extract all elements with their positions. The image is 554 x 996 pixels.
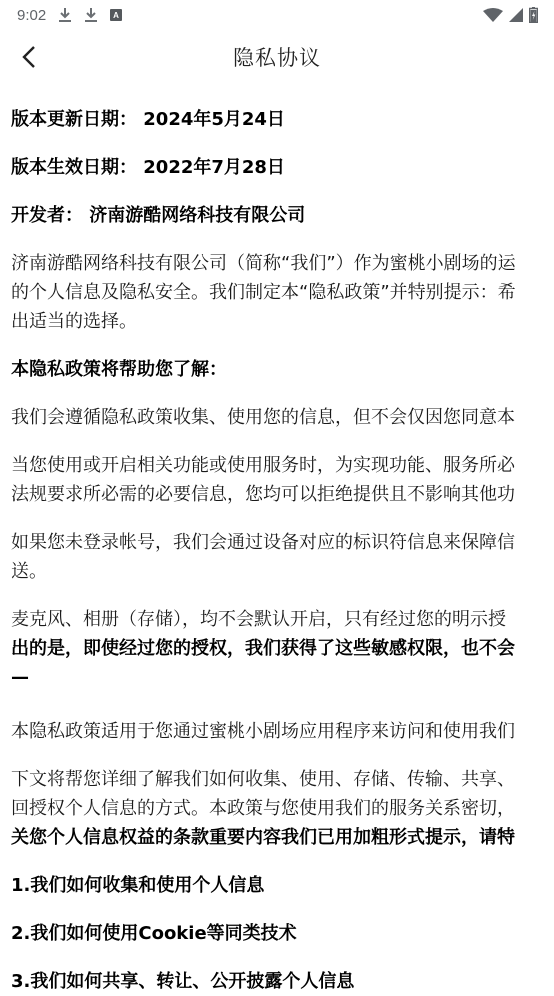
para-permissions: 麦克风、相册（存储），均不会默认开启，只有经过您的明示授 出的是，即使经过您的授…: [11, 605, 554, 692]
intro-line: 出适当的选择。: [11, 307, 554, 336]
para-login: 如果您未登录帐号，我们会通过设备对应的标识符信息来保障信 送。: [11, 528, 554, 586]
intro-line: 济南游酷网络科技有限公司（简称“我们”）作为蜜桃小剧场的运: [11, 249, 554, 278]
download-icon: [84, 7, 98, 23]
para-line: 回授权个人信息的方式。本政策与您使用我们的服务关系密切，: [11, 794, 554, 823]
svg-text:A: A: [113, 11, 119, 20]
back-button[interactable]: [14, 42, 44, 72]
para-line: 送。: [11, 557, 554, 586]
section-link-2: 2.我们如何使用Cookie等同类技术: [11, 919, 554, 948]
wifi-icon: [483, 8, 503, 22]
intro-paragraph: 济南游酷网络科技有限公司（简称“我们”）作为蜜桃小剧场的运 的个人信息及隐私安全…: [11, 249, 554, 336]
download-icon: [58, 7, 72, 23]
para-line: 下文将帮您详细了解我们如何收集、使用、存储、传输、共享、: [11, 765, 554, 794]
status-time: 9:02: [17, 7, 46, 24]
para-line-bold: 出的是，即使经过您的授权，我们获得了这些敏感权限，也不会: [11, 634, 554, 663]
para-line-bold: 关您个人信息权益的条款重要内容我们已用加粗形式提示，请特: [11, 823, 554, 852]
help-heading: 本隐私政策将帮助您了解：: [11, 355, 554, 384]
para-features: 当您使用或开启相关功能或使用服务时，为实现功能、服务所必 法规要求所必需的必要信…: [11, 451, 554, 509]
para-line: 如果您未登录帐号，我们会通过设备对应的标识符信息来保障信: [11, 528, 554, 557]
status-bar: 9:02 A: [0, 0, 554, 30]
para-line-bold: —: [11, 663, 554, 692]
para-follow: 我们会遵循隐私政策收集、使用您的信息，但不会仅因您同意本: [11, 403, 554, 432]
para-line: 当您使用或开启相关功能或使用服务时，为实现功能、服务所必: [11, 451, 554, 480]
update-date: 版本更新日期： 2024年5月24日: [11, 105, 554, 134]
section-link-1: 1.我们如何收集和使用个人信息: [11, 871, 554, 900]
para-line: 麦克风、相册（存储），均不会默认开启，只有经过您的明示授: [11, 605, 554, 634]
intro-line: 的个人信息及隐私安全。我们制定本“隐私政策”并特别提示：希: [11, 278, 554, 307]
effective-date: 版本生效日期： 2022年7月28日: [11, 153, 554, 182]
section-link-3: 3.我们如何共享、转让、公开披露个人信息: [11, 967, 554, 984]
para-line: 法规要求所必需的必要信息，您均可以拒绝提供且不影响其他功: [11, 480, 554, 509]
chevron-left-icon: [21, 45, 37, 69]
status-left: 9:02 A: [17, 7, 122, 24]
privacy-document[interactable]: 版本更新日期： 2024年5月24日 版本生效日期： 2022年7月28日 开发…: [11, 100, 554, 984]
app-bar: 隐私协议: [0, 30, 554, 84]
page-title: 隐私协议: [233, 42, 321, 72]
para-details: 下文将帮您详细了解我们如何收集、使用、存储、传输、共享、 回授权个人信息的方式。…: [11, 765, 554, 852]
battery-charging-icon: [529, 7, 538, 23]
cellular-signal-icon: [509, 8, 523, 22]
para-scope: 本隐私政策适用于您通过蜜桃小剧场应用程序来访问和使用我们: [11, 717, 554, 746]
keyboard-a-icon: A: [110, 9, 122, 21]
status-right: [483, 7, 538, 23]
developer: 开发者： 济南游酷网络科技有限公司: [11, 201, 554, 230]
